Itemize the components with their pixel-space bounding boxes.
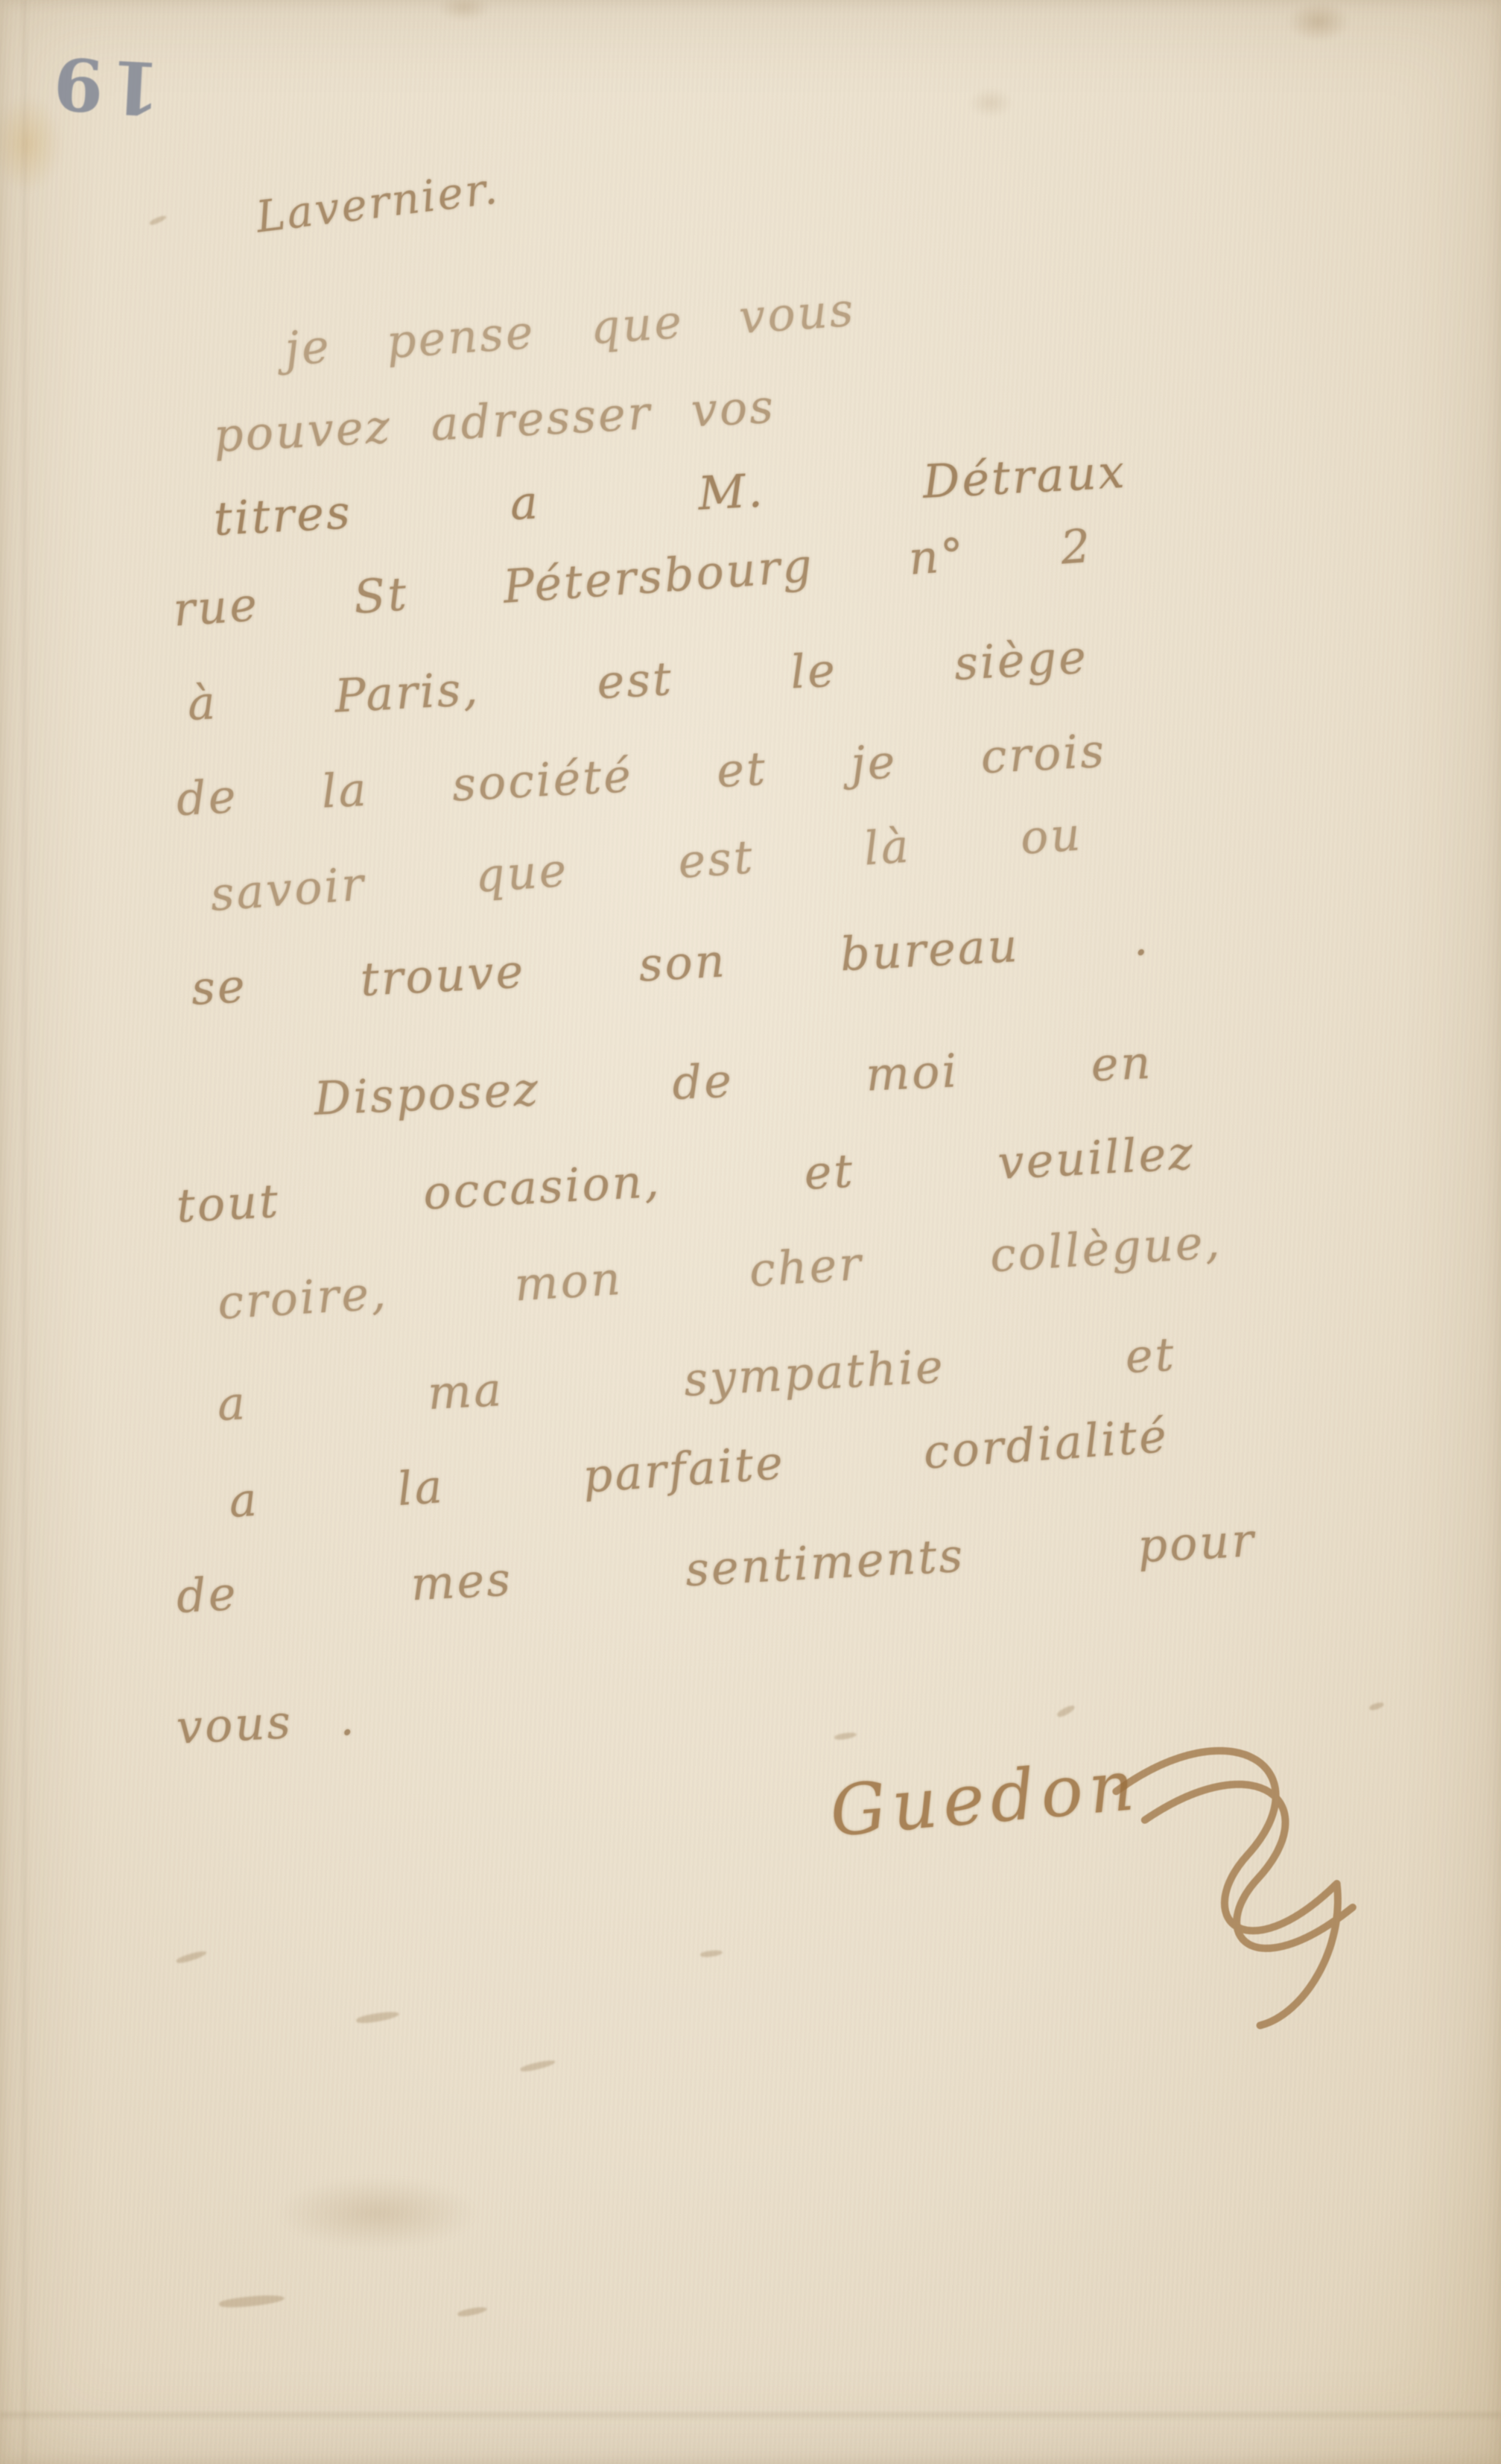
letter-line: à Paris, est le siège (186, 630, 1090, 731)
signature-flourish-icon (1037, 1682, 1434, 2060)
letter-line: savoir que est là ou (209, 806, 1084, 922)
ink-speck (520, 2058, 556, 2073)
page-number-stamp: 19 (44, 40, 162, 130)
letter-line: pouvez adresser vos (212, 379, 777, 462)
paper-stain (968, 88, 1013, 118)
ink-speck (457, 2305, 488, 2318)
ink-speck (149, 214, 168, 226)
letter-line: croire, mon cher collègue, (216, 1214, 1223, 1330)
ink-speck (355, 2009, 399, 2025)
paper-stain (1287, 1, 1350, 42)
ink-speck (700, 1949, 723, 1958)
signature: Guedon (827, 1745, 1143, 1853)
ink-speck (1056, 1703, 1076, 1719)
ink-speck (1368, 1701, 1385, 1711)
letter-line: je pense que vous (283, 282, 857, 376)
ink-speck (219, 2293, 285, 2309)
letter-line: de la société et je crois (175, 723, 1108, 826)
paper-stain (277, 2177, 478, 2249)
letter-line: se trouve son bureau . (190, 911, 1152, 1016)
paper-crease (0, 2413, 1501, 2420)
paper-crease (22, 0, 28, 2464)
ink-speck (834, 1731, 857, 1741)
letter-line: Disposez de moi en (313, 1035, 1154, 1126)
letter-line: tout occasion, et veuillez (175, 1125, 1196, 1233)
letter-page: 19 Lavernier.je pense que vouspouvez adr… (0, 0, 1501, 2464)
letter-line: a ma sympathie et (216, 1327, 1177, 1431)
paper-stain (438, 0, 490, 21)
letter-line: de mes sentiments pour (175, 1513, 1257, 1624)
letter-line: vous . (175, 1691, 358, 1755)
ink-speck (176, 1949, 208, 1966)
letter-line: a la parfaite cordialité (227, 1408, 1170, 1528)
letter-line: Lavernier. (253, 162, 502, 242)
